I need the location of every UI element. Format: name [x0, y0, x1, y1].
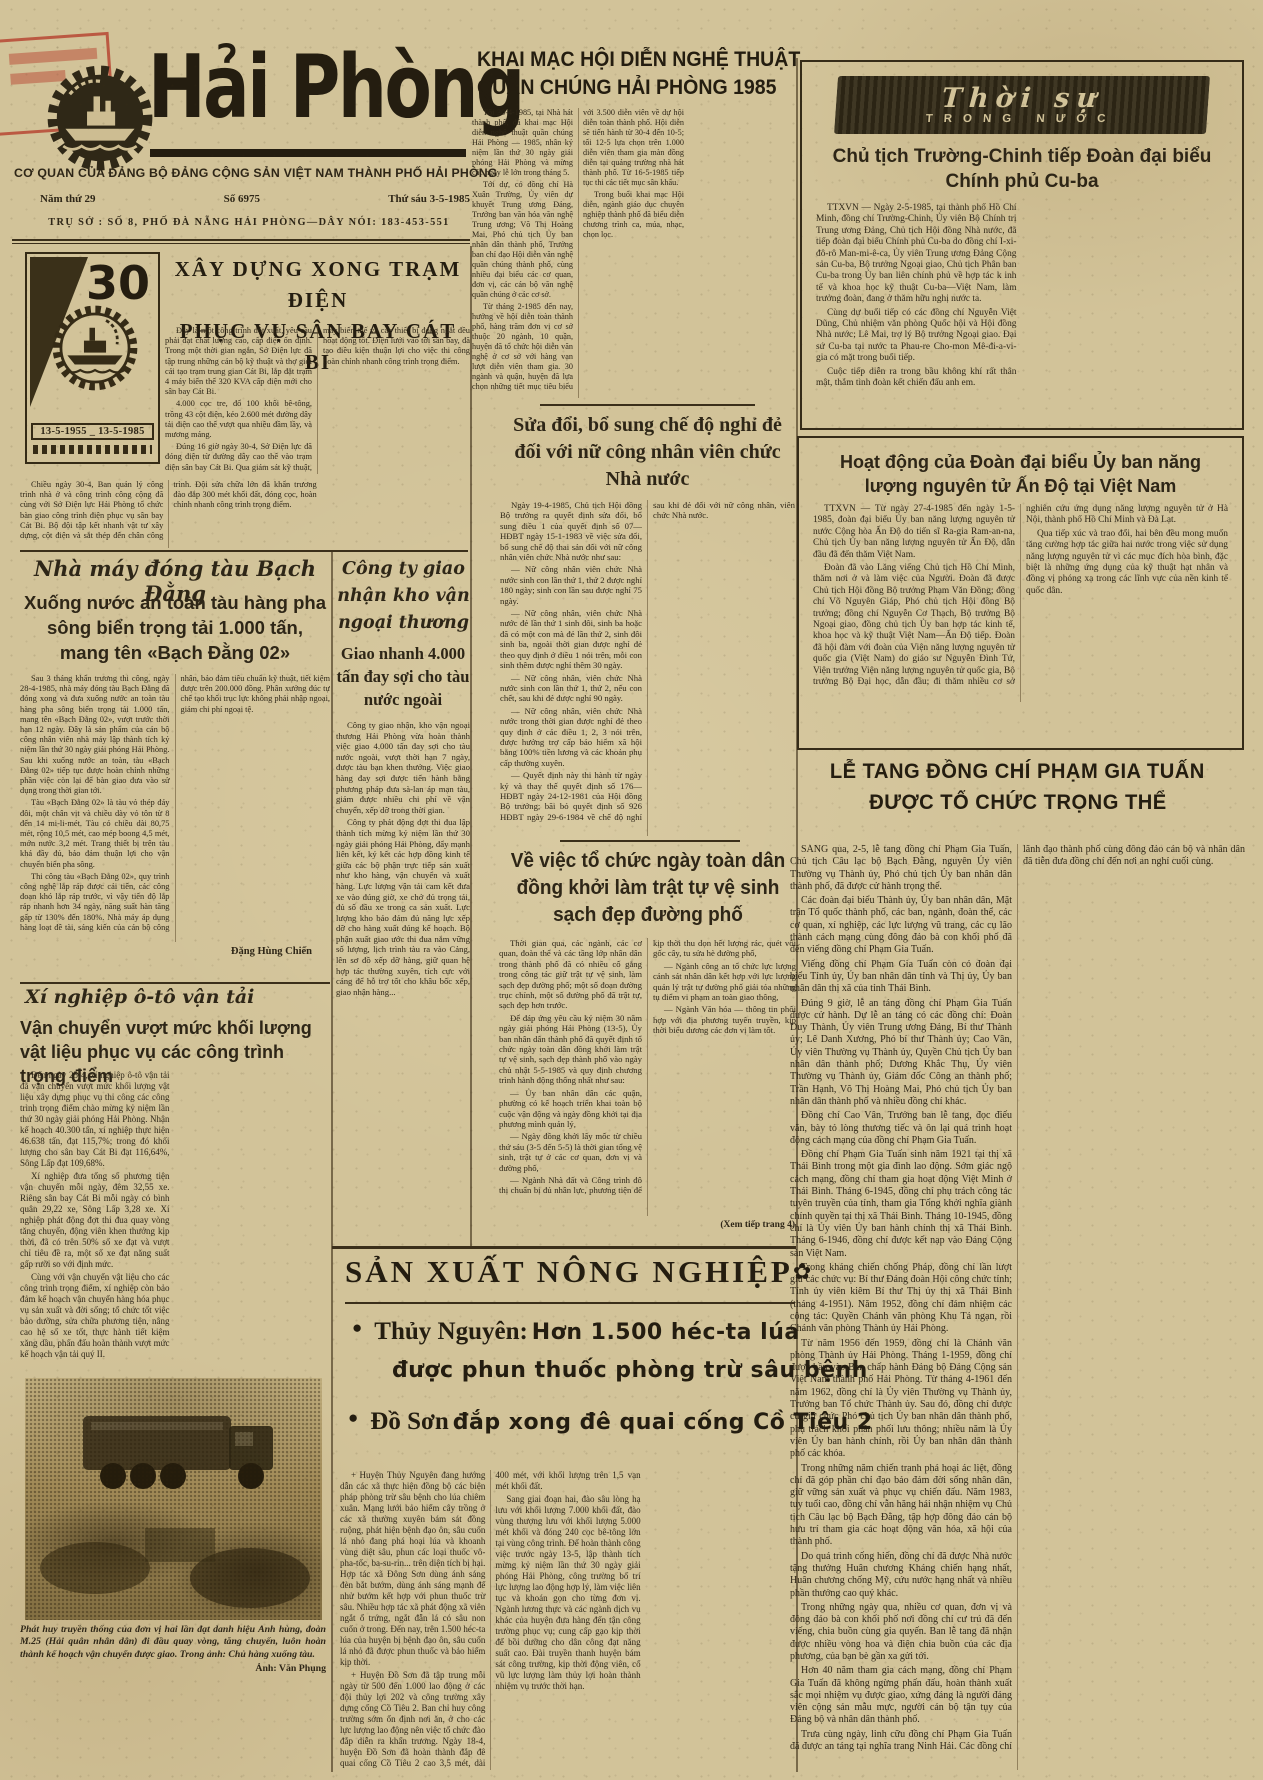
- paragraph: Trong những năm chiến tranh phá hoại ác …: [790, 1463, 1012, 1549]
- badge-ship-emblem-icon: [49, 302, 141, 394]
- kicker-freight-company: Công ty giao nhận kho vận ngoại thương: [337, 556, 470, 637]
- column-rule: [331, 552, 333, 1772]
- headline-arts-festival: KHAI MẠC HỘI DIỄN NGHỆ THUẬT QUẦN CHÚNG …: [477, 46, 797, 102]
- article-body-cat-bi: Đây là một công trình đột xuất, yêu cầu …: [165, 326, 470, 474]
- paragraph: Công ty phát động đợt thi đua lập thành …: [336, 817, 470, 997]
- paragraph: Viếng đồng chí Phạm Gia Tuấn còn có đoàn…: [790, 959, 1012, 996]
- photo-credit: Ảnh: Văn Phụng: [20, 1663, 326, 1675]
- headline-bach-dang-launch: Xuống nước an toàn tàu hàng pha sông biể…: [20, 590, 330, 665]
- masthead-underline: [150, 149, 466, 157]
- banner-trong-nuoc-label: TRONG NƯỚC: [925, 113, 1117, 125]
- paragraph: Hơn 40 năm tham gia cách mạng, đồng chí …: [790, 1665, 1012, 1726]
- paragraph: Chiều ngày 30-4, Ban quản lý công trình …: [20, 480, 317, 548]
- paragraph: TTXVN — Ngày 2-5-1985, tại thành phố Hồ …: [816, 203, 1017, 306]
- photo-caption-detail: Trong ảnh: Chủ hàng xuống tàu.: [180, 1649, 315, 1660]
- masthead-title: Hải Phòng: [148, 36, 478, 154]
- paragraph: Trong những ngày qua, nhiều cơ quan, đơn…: [790, 1602, 1012, 1663]
- paragraph: — Nữ công nhân, viên chức Nhà nước trong…: [500, 706, 642, 768]
- news-photo-truck-at-port: [25, 1378, 322, 1620]
- headline-jute-delivery: Giao nhanh 4.000 tấn đay sợi cho tàu nướ…: [336, 642, 470, 711]
- article-body-bach-dang: Sau 3 tháng khẩn trương thi công, ngày 2…: [20, 674, 330, 942]
- flower-ornament-icon: ✿: [793, 1259, 811, 1285]
- paragraph: — Ủy ban nhân dân các quận, phường có kế…: [499, 1088, 642, 1130]
- paragraph: Trong buổi khai mạc Hội diễn, ngành giáo…: [583, 190, 684, 240]
- boxed-article-cuba-delegation: Thời sự TRONG NƯỚC Chủ tịch Trường-Chinh…: [800, 60, 1244, 430]
- paragraph: Công ty giao nhận, kho vận ngoại thương …: [336, 720, 470, 815]
- issue-number: Số 6975: [224, 193, 260, 205]
- newspaper-emblem-icon: [46, 64, 154, 172]
- section-rule: [20, 982, 330, 984]
- section-heavy-rule: [332, 1246, 796, 1249]
- continued-on-page-note: (Xem tiếp trang 4): [600, 1220, 795, 1230]
- paragraph: Tàu «Bạch Đằng 02» là tàu vỏ thép đáy đô…: [20, 798, 170, 869]
- paragraph: Đây là một công trình đột xuất, yêu cầu …: [165, 326, 312, 397]
- paragraph: Cùng dự buổi tiếp có các đồng chí Nguyễn…: [816, 308, 1017, 365]
- section-rule: [540, 404, 755, 406]
- paragraph: Đến ngày 25-4, xí nghiệp ô-tô vận tải đã…: [20, 1070, 170, 1169]
- newspaper-front-page: Hải Phòng CƠ QUAN CỦA ĐẢNG BỘ ĐẢNG CỘNG …: [0, 0, 1263, 1780]
- publication-year: Năm thứ 29: [40, 193, 96, 205]
- paragraph: Tới dự, có đồng chí Hà Xuân Trường, Ủy v…: [472, 180, 573, 300]
- byline-bach-dang: Đặng Hùng Chiến: [20, 946, 312, 957]
- masthead-organ-line: CƠ QUAN CỦA ĐẢNG BỘ ĐẢNG CỘNG SẢN VIỆT N…: [14, 166, 470, 180]
- section-banner-agriculture: SẢN XUẤT NÔNG NGHIỆP ✿: [345, 1254, 795, 1290]
- anniversary-30-badge: 30 13-5-1955 _ 13-5-1985: [25, 252, 160, 464]
- paragraph: Trong kháng chiến chống Pháp, đồng chí l…: [790, 1262, 1012, 1336]
- headline-citywide-cleanup-day: Về việc tổ chức ngày toàn dân đồng khởi …: [499, 848, 797, 929]
- issue-info-row: Năm thứ 29 Số 6975 Thứ sáu 3-5-1985: [40, 193, 470, 205]
- paragraph: Sau 3 tháng khẩn trương thi công, ngày 2…: [20, 674, 170, 796]
- article-body-cleanup-day: Thời gian qua, các ngành, các cơ quan, đ…: [499, 938, 796, 1216]
- article-body-arts-festival: Tối 30-4-1985, tại Nhà hát thành phố, đã…: [472, 108, 795, 398]
- paragraph: SÁNG qua, 2-5, lễ tang đồng chí Phạm Gia…: [790, 844, 1012, 893]
- article-body-agriculture: + Huyện Thủy Nguyên đang hướng dẫn các x…: [340, 1470, 796, 1770]
- bullet-headline-thuy-nguyen: ● Thủy Nguyên: Hơn 1.500 héc-ta lúa: [352, 1318, 800, 1346]
- issue-date: Thứ sáu 3-5-1985: [388, 193, 470, 205]
- paragraph: — Nữ công nhân viên chức Nhà nước sinh c…: [500, 564, 642, 606]
- truck-silhouette-icon: [25, 1378, 322, 1620]
- section-rule: [560, 840, 740, 842]
- paragraph: Cùng với vận chuyển vật liệu cho các côn…: [20, 1272, 170, 1360]
- article-body-india-delegation: TTXVN — Từ ngày 27-4-1985 đến ngày 1-5-1…: [813, 504, 1228, 702]
- agriculture-banner-title: SẢN XUẤT NÔNG NGHIỆP: [345, 1254, 793, 1290]
- bullet-icon: ●: [352, 1318, 362, 1337]
- bullet-icon: ●: [348, 1408, 358, 1427]
- headline-truong-chinh-cuba: Chủ tịch Trường-Chinh tiếp Đoàn đại biểu…: [802, 142, 1242, 194]
- article-body-funeral: SÁNG qua, 2-5, lễ tang đồng chí Phạm Gia…: [790, 844, 1245, 1770]
- paragraph: — Nữ công nhân, viên chức Nhà nước sinh …: [500, 673, 642, 704]
- article-body-cuba-delegation: TTXVN — Ngày 2-5-1985, tại thành phố Hồ …: [816, 203, 1228, 403]
- masthead-double-rule: [12, 239, 470, 244]
- article-body-cat-bi-continued: Chiều ngày 30-4, Ban quản lý công trình …: [20, 480, 470, 548]
- paragraph: Qua tiếp xúc và trao đổi, hai bên đều mo…: [1026, 529, 1228, 597]
- paragraph: Ngày 19-4-1985, Chủ tịch Hội đồng Bộ trư…: [500, 500, 642, 562]
- paragraph: Từ năm 1956 đến 1959, đồng chí là Chánh …: [790, 1338, 1012, 1461]
- paragraph: — Nữ công nhân, viên chức Nhà nước đẻ lầ…: [500, 608, 642, 670]
- paragraph: Tối 30-4-1985, tại Nhà hát thành phố, đã…: [472, 108, 573, 178]
- headline-india-atomic-delegation: Hoạt động của Đoàn đại biểu Ủy ban năng …: [819, 450, 1222, 498]
- paragraph: Do quá trình cống hiến, đồng chí đã được…: [790, 1551, 1012, 1600]
- paragraph: Để đáp ứng yêu cầu kỷ niệm 30 năm ngày g…: [499, 1013, 642, 1086]
- article-body-freight-company: Công ty giao nhận, kho vận ngoại thương …: [336, 720, 470, 1243]
- section-rule: [20, 550, 468, 552]
- section-rule: [345, 1302, 795, 1304]
- paragraph: — Ngành công an tổ chức lực lượng cảnh s…: [653, 961, 796, 1003]
- paragraph: Đồng chí Phạm Gia Tuấn sinh năm 1921 tại…: [790, 1149, 1012, 1260]
- stamp-illegible-text: [9, 48, 98, 65]
- badge-hatched-bar: [33, 445, 152, 454]
- boxed-article-india-atomic-energy: Hoạt động của Đoàn đại biểu Ủy ban năng …: [797, 436, 1244, 750]
- paragraph: Cuộc tiếp diễn ra trong bầu không khí rấ…: [816, 367, 1017, 390]
- paragraph: Đồng chí Cao Vân, Trưởng ban lễ tang, đọ…: [790, 1110, 1012, 1147]
- headline-maternity-leave-decree: Sửa đổi, bổ sung chế độ nghỉ đẻ đối với …: [500, 412, 795, 493]
- office-address-line: TRỤ SỞ : SỐ 8, PHỐ ĐÀ NẴNG HẢI PHÒNG—DÂY…: [28, 217, 470, 228]
- bullet-headline-do-son: ● Đồ Sơn đắp xong đê quai cống Cồ Tiêu 2: [348, 1408, 873, 1436]
- article-body-truck-enterprise: Đến ngày 25-4, xí nghiệp ô-tô vận tải đã…: [20, 1070, 330, 1372]
- paragraph: Xí nghiệp đưa tổng số phương tiện vận ch…: [20, 1171, 170, 1270]
- paragraph: 4.000 cọc tre, đổ 100 khối bê-tông, trồn…: [165, 399, 312, 440]
- paragraph: Thời gian qua, các ngành, các cơ quan, đ…: [499, 938, 642, 1011]
- photo-caption: Phát huy truyền thống của đơn vị hai lần…: [20, 1624, 326, 1676]
- paragraph: Đúng 9 giờ, lễ an táng đồng chí Phạm Gia…: [790, 998, 1012, 1109]
- kicker-truck-enterprise: Xí nghiệp ô-tô vận tải: [25, 986, 325, 1008]
- paragraph: — Ngày đồng khởi lấy mốc từ chiều thứ sá…: [499, 1131, 642, 1173]
- section-banner-domestic-news: Thời sự TRONG NƯỚC: [834, 76, 1210, 134]
- bullet-headline-thuy-nguyen-line2: được phun thuốc phòng trừ sâu bệnh: [392, 1358, 868, 1383]
- paragraph: + Huyện Thủy Nguyên đang hướng dẫn các x…: [340, 1470, 485, 1668]
- article-body-maternity-decree: Ngày 19-4-1985, Chủ tịch Hội đồng Bộ trư…: [500, 500, 795, 836]
- paragraph: — Ngành Văn hóa — thông tin phối hợp với…: [653, 1004, 796, 1035]
- paragraph: TTXVN — Từ ngày 27-4-1985 đến ngày 1-5-1…: [813, 504, 1015, 561]
- banner-thoi-su-label: Thời sự: [941, 85, 1104, 113]
- badge-anniversary-dates: 13-5-1955 _ 13-5-1985: [31, 423, 154, 440]
- headline-funeral-pham-gia-tuan: LỄ TANG ĐỒNG CHÍ PHẠM GIA TUẤN ĐƯỢC TỔ C…: [790, 756, 1245, 818]
- paragraph: Sang giai đoạn hai, đào sâu lòng hạ lưu …: [495, 1494, 640, 1692]
- paragraph: Các đoàn đại biểu Thành ủy, Ủy ban nhân …: [790, 895, 1012, 956]
